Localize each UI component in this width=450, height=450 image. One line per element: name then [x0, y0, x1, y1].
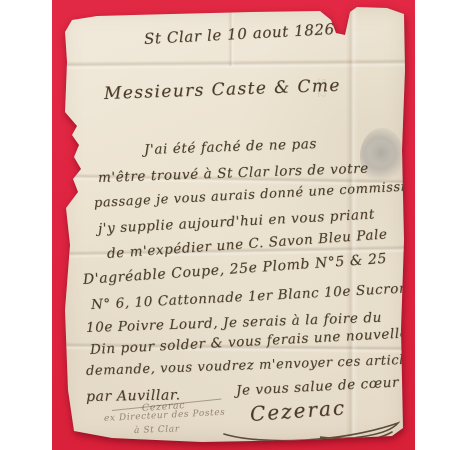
- annotation-sender-place: à St Clar: [134, 424, 180, 436]
- letter-dateline: St Clar le 10 aout 1826: [144, 20, 336, 48]
- photo-frame: 5.2 St Clar le 10 aout 1826 Messieurs Ca…: [0, 0, 450, 450]
- signature-flourish: [220, 418, 416, 444]
- letter-body-line: J'ai été faché de ne pas: [144, 136, 317, 158]
- letter-paper-shadow: 5.2 St Clar le 10 aout 1826 Messieurs Ca…: [52, 0, 415, 450]
- annotation-sender-title: ex Directeur des Postes: [104, 408, 226, 424]
- letter-paper: 5.2 St Clar le 10 aout 1826 Messieurs Ca…: [52, 0, 415, 450]
- red-background: 5.2 St Clar le 10 aout 1826 Messieurs Ca…: [52, 0, 415, 450]
- letter-addressee: Messieurs Caste & Cme: [104, 76, 341, 104]
- letter-closing: Je vous salue de cœur: [236, 374, 400, 399]
- wax-seal-stain-core: [370, 140, 392, 166]
- letter-body-line: N° 6, 10 Cattonnade 1er Blanc 10e Sucron…: [91, 280, 417, 313]
